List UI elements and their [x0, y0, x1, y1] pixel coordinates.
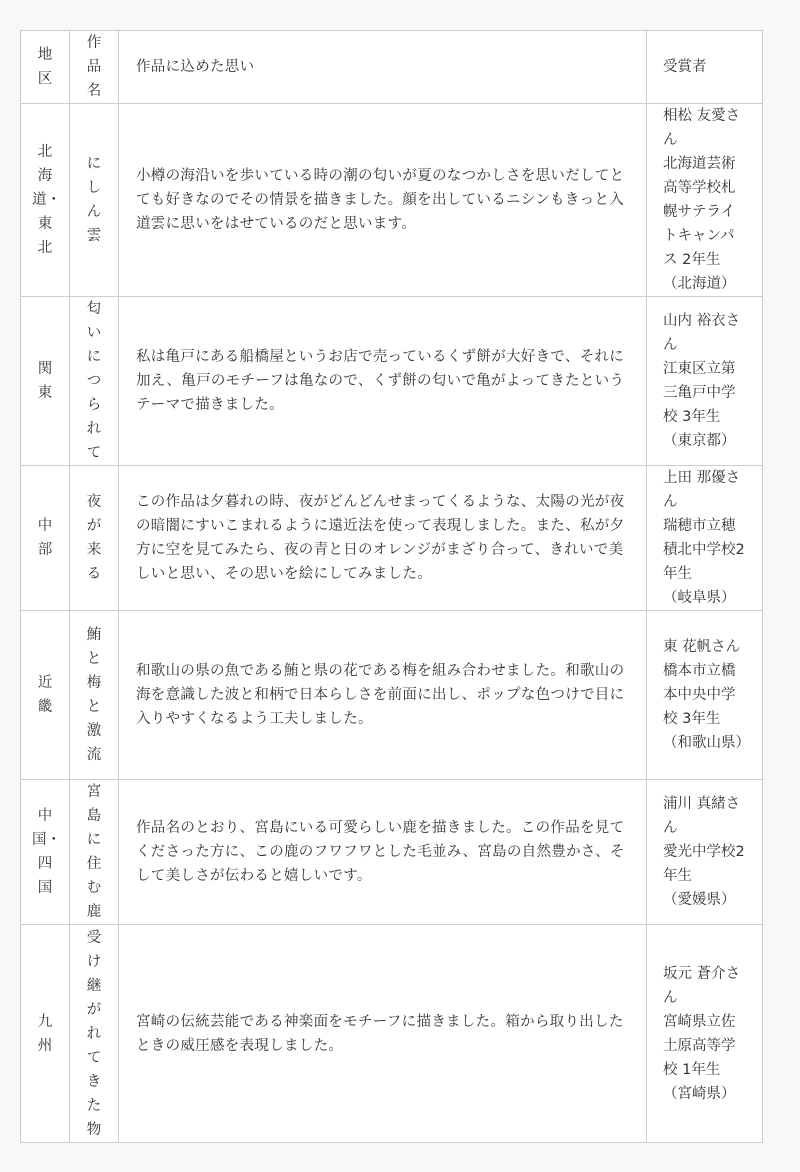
table-row: 北海道・東北 にしん雲 小樽の海沿いを歩いている時の潮の匂いが夏のなつかしさを思…	[21, 104, 763, 297]
cell-thoughts: 私は亀戸にある船橋屋というお店で売っているくず餅が大好きで、それに加え、亀戸のモ…	[119, 297, 647, 466]
winner-prefecture: （東京都）	[663, 429, 746, 453]
winner-name: 東 花帆さん	[663, 635, 746, 659]
cell-region: 中国・四国	[21, 780, 70, 925]
winner-name: 山内 裕衣さん	[663, 309, 746, 357]
winner-name: 浦川 真緒さん	[663, 792, 746, 840]
winner-prefecture: （宮崎県）	[663, 1082, 746, 1106]
cell-title: 宮島に住む鹿	[70, 780, 119, 925]
winner-school: 江東区立第三亀戸中学校 3年生	[663, 357, 746, 429]
cell-thoughts: 小樽の海沿いを歩いている時の潮の匂いが夏のなつかしさを思いだしてとても好きなので…	[119, 104, 647, 297]
cell-winner: 坂元 蒼介さん 宮崎県立佐土原高等学校 1年生 （宮崎県）	[647, 925, 763, 1143]
cell-title: にしん雲	[70, 104, 119, 297]
winner-school: 北海道芸術高等学校札幌サテライトキャンパス 2年生	[663, 152, 746, 272]
cell-region: 九州	[21, 925, 70, 1143]
cell-winner: 相松 友愛さん 北海道芸術高等学校札幌サテライトキャンパス 2年生 （北海道）	[647, 104, 763, 297]
table-row: 中部 夜が来る この作品は夕暮れの時、夜がどんどんせまってくるような、太陽の光が…	[21, 466, 763, 611]
cell-region: 関東	[21, 297, 70, 466]
header-winner: 受賞者	[647, 31, 763, 104]
cell-thoughts: 宮崎の伝統芸能である神楽面をモチーフに描きました。箱から取り出したときの威圧感を…	[119, 925, 647, 1143]
winner-school: 瑞穂市立穂積北中学校2年生	[663, 514, 746, 586]
winner-prefecture: （和歌山県）	[663, 731, 746, 755]
winner-name: 相松 友愛さん	[663, 104, 746, 152]
cell-thoughts: この作品は夕暮れの時、夜がどんどんせまってくるような、太陽の光が夜の暗闇にすいこ…	[119, 466, 647, 611]
cell-winner: 浦川 真緒さん 愛光中学校2年生 （愛媛県）	[647, 780, 763, 925]
table-header-row: 地区 作品名 作品に込めた思い 受賞者	[21, 31, 763, 104]
cell-title: 匂いにつられて	[70, 297, 119, 466]
header-region: 地区	[21, 31, 70, 104]
winner-name: 坂元 蒼介さん	[663, 962, 746, 1010]
cell-title: 受け継がれてきた物	[70, 925, 119, 1143]
cell-title: 鮪と梅と激流	[70, 611, 119, 780]
cell-region: 近畿	[21, 611, 70, 780]
header-title: 作品名	[70, 31, 119, 104]
winner-school: 橋本市立橋本中央中学校 3年生	[663, 659, 746, 731]
award-table: 地区 作品名 作品に込めた思い 受賞者 北海道・東北 にしん雲 小樽の海沿いを歩…	[20, 30, 763, 1143]
cell-region: 北海道・東北	[21, 104, 70, 297]
table-row: 中国・四国 宮島に住む鹿 作品名のとおり、宮島にいる可愛らしい鹿を描きました。こ…	[21, 780, 763, 925]
winner-prefecture: （岐阜県）	[663, 586, 746, 610]
table-row: 関東 匂いにつられて 私は亀戸にある船橋屋というお店で売っているくず餅が大好きで…	[21, 297, 763, 466]
winner-school: 愛光中学校2年生	[663, 840, 746, 888]
winner-prefecture: （北海道）	[663, 272, 746, 296]
winner-name: 上田 那優さん	[663, 466, 746, 514]
cell-winner: 山内 裕衣さん 江東区立第三亀戸中学校 3年生 （東京都）	[647, 297, 763, 466]
cell-region: 中部	[21, 466, 70, 611]
cell-winner: 東 花帆さん 橋本市立橋本中央中学校 3年生 （和歌山県）	[647, 611, 763, 780]
winner-prefecture: （愛媛県）	[663, 888, 746, 912]
cell-thoughts: 作品名のとおり、宮島にいる可愛らしい鹿を描きました。この作品を見てくださった方に…	[119, 780, 647, 925]
cell-title: 夜が来る	[70, 466, 119, 611]
cell-thoughts: 和歌山の県の魚である鮪と県の花である梅を組み合わせました。和歌山の海を意識した波…	[119, 611, 647, 780]
table-row: 九州 受け継がれてきた物 宮崎の伝統芸能である神楽面をモチーフに描きました。箱か…	[21, 925, 763, 1143]
cell-winner: 上田 那優さん 瑞穂市立穂積北中学校2年生 （岐阜県）	[647, 466, 763, 611]
header-thoughts: 作品に込めた思い	[119, 31, 647, 104]
table-row: 近畿 鮪と梅と激流 和歌山の県の魚である鮪と県の花である梅を組み合わせました。和…	[21, 611, 763, 780]
award-table-container: 地区 作品名 作品に込めた思い 受賞者 北海道・東北 にしん雲 小樽の海沿いを歩…	[20, 30, 762, 1143]
winner-school: 宮崎県立佐土原高等学校 1年生	[663, 1010, 746, 1082]
